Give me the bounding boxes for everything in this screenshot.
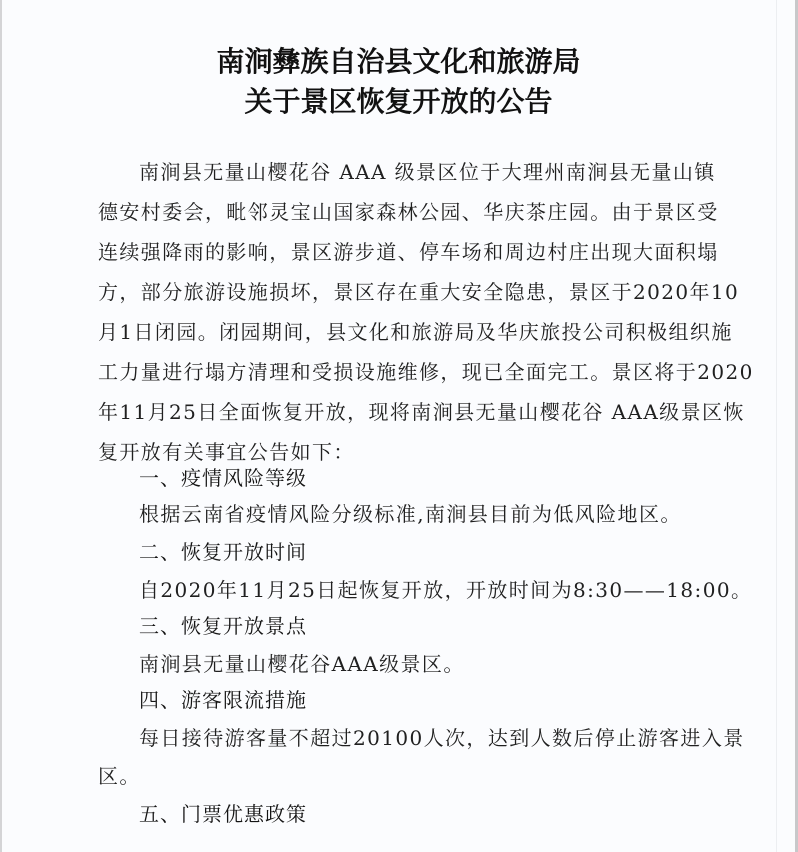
section-text-reopen-time: 自2020年11月25日起恢复开放，开放时间为8:30——18:00。 (139, 578, 752, 602)
section-heading-risk-level: 一、疫情风险等级 (139, 466, 307, 490)
section-heading-reopen-time: 二、恢复开放时间 (139, 540, 307, 564)
intro-paragraph-line: 复开放有关事宜公告如下： (98, 440, 355, 464)
intro-paragraph-line: 德安村委会，毗邻灵宝山国家森林公园、华庆茶庄园。由于景区受 (98, 200, 719, 224)
intro-paragraph-line: 年11月25日全面恢复开放，现将南涧县无量山樱花谷 AAA级景区恢 (98, 400, 745, 424)
intro-paragraph-line: 南涧县无量山樱花谷 AAA 级景区位于大理州南涧县无量山镇 (139, 160, 716, 184)
document-title-line-1: 南涧彝族自治县文化和旅游局 (2, 40, 795, 80)
section-heading-reopen-sites: 三、恢复开放景点 (139, 614, 307, 638)
intro-paragraph-line: 连续强降雨的影响，景区游步道、停车场和周边村庄出现大面积塌 (98, 240, 719, 264)
section-text-visitor-limit: 区。 (98, 764, 141, 788)
section-text-visitor-limit: 每日接待游客量不超过20100人次，达到人数后停止游客进入景 (139, 726, 745, 750)
intro-paragraph-line: 方，部分旅游设施损坏，景区存在重大安全隐患，景区于2020年10 (98, 280, 739, 304)
section-heading-ticket-policy: 五、门票优惠政策 (139, 802, 307, 826)
intro-paragraph-line: 月1日闭园。闭园期间，县文化和旅游局及华庆旅投公司积极组织施 (98, 320, 733, 344)
document-page: 南涧彝族自治县文化和旅游局 关于景区恢复开放的公告 南涧县无量山樱花谷 AAA … (0, 0, 798, 852)
intro-paragraph-line: 工力量进行塌方清理和受损设施维修，现已全面完工。景区将于2020 (98, 360, 754, 384)
section-heading-visitor-limit: 四、游客限流措施 (139, 688, 307, 712)
section-text-reopen-sites: 南涧县无量山樱花谷AAA级景区。 (139, 652, 465, 676)
section-text-risk-level: 根据云南省疫情风险分级标准,南涧县目前为低风险地区。 (139, 502, 682, 526)
document-title-line-2: 关于景区恢复开放的公告 (2, 80, 795, 120)
page-edge-rule (776, 0, 777, 852)
